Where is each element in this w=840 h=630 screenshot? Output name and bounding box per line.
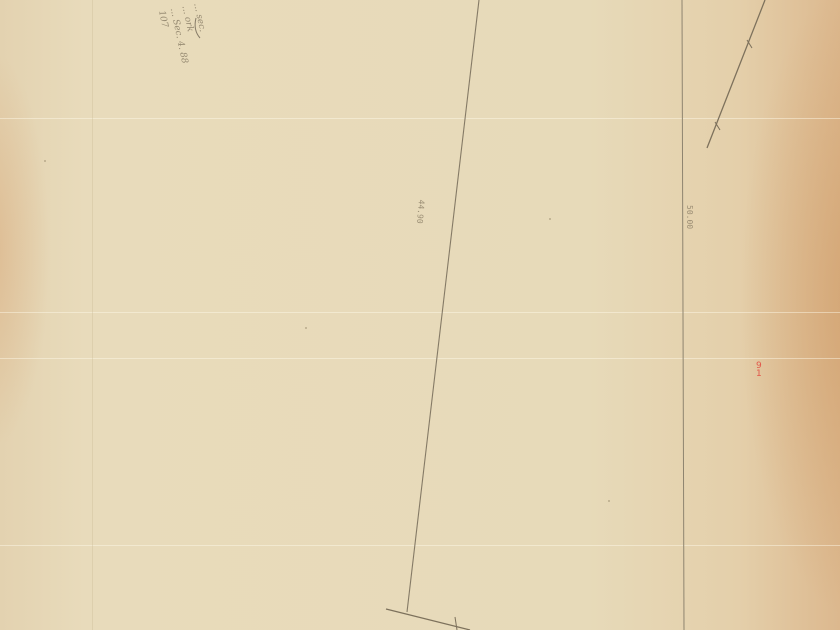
dimension-label-vertical: 50.00 (685, 205, 694, 229)
red-ink-mark: 9 1 (756, 362, 762, 378)
paper-speck (44, 160, 46, 162)
paper-speck (549, 218, 551, 220)
plat-linework (0, 0, 840, 630)
paper-speck (608, 500, 610, 502)
handwritten-annotation: ... sec. ... ork ... Sec. 4. 88 107 (258, 2, 259, 3)
boundary-line-bottom (386, 609, 470, 630)
boundary-line-angled (707, 0, 765, 148)
tick-mark (455, 617, 457, 630)
paper-speck (305, 327, 307, 329)
survey-sheet: ... sec. ... ork ... Sec. 4. 88 107 44.9… (0, 0, 840, 630)
boundary-line-diagonal (407, 0, 479, 612)
red-mark-text: 9 1 (756, 361, 762, 379)
boundary-line-vertical (682, 0, 684, 630)
